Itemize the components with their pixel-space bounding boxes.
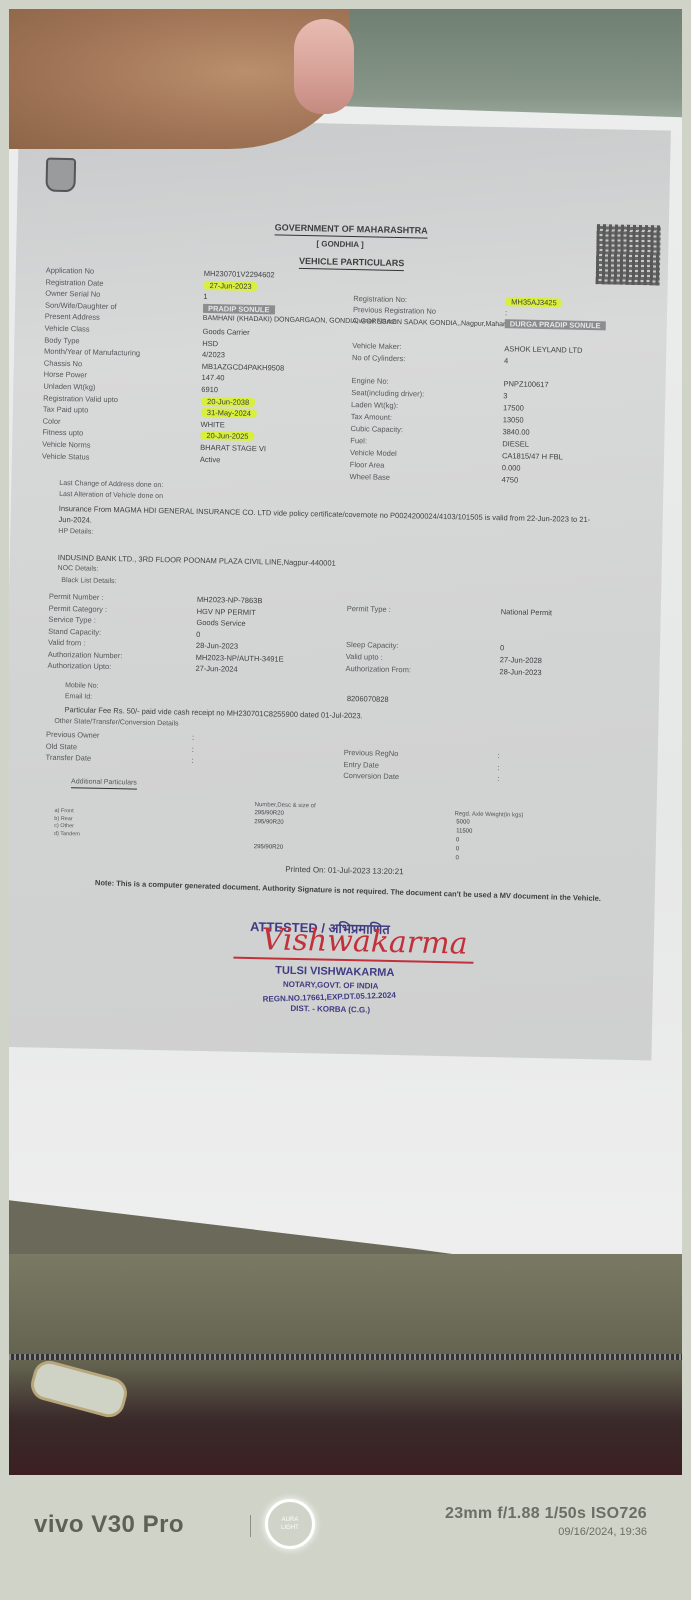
field-value: MB1AZGCD4PAKH9508 — [202, 362, 285, 373]
field-label: Horse Power — [44, 370, 88, 380]
field-value: MH35AJ3425 — [505, 297, 563, 307]
permit-label: Permit Type : — [347, 604, 391, 614]
field-label: Fuel: — [350, 436, 367, 445]
field-value: 0.000 — [502, 463, 521, 472]
notary-title: NOTARY,GOVT. OF INDIA — [283, 980, 379, 991]
field-value: : — [192, 733, 194, 742]
insurance-text: Insurance From MAGMA HDI GENERAL INSURAN… — [59, 504, 591, 524]
field-label: Floor Area — [350, 460, 385, 470]
field-label: Chassis No — [44, 358, 83, 368]
field-value: 13050 — [503, 415, 524, 424]
field-label: Laden Wt(kg): — [351, 400, 398, 410]
field-value: 6910 — [201, 385, 218, 394]
field-value: : — [191, 756, 193, 765]
hp-value: INDUSIND BANK LTD., 3RD FLOOR POONAM PLA… — [58, 553, 336, 568]
permit-label: Sleep Capacity: — [346, 640, 399, 650]
permit-value: 28-Jun-2023 — [499, 667, 541, 677]
field-value: 4750 — [501, 475, 518, 484]
notary-regn: REGN.NO.17661,EXP.DT.05.12.2024 — [263, 991, 396, 1004]
disclaimer-note: Note: This is a computer generated docum… — [95, 878, 601, 903]
permit-label: Valid upto : — [346, 652, 383, 662]
hp-label: HP Details: — [58, 528, 93, 536]
field-label: Previous Registration No — [353, 305, 436, 316]
mobile-value: 8206070828 — [347, 694, 389, 704]
permit-value: National Permit — [501, 607, 552, 617]
axle-label: c) Other — [54, 823, 74, 829]
camera-watermark: vivo V30 Pro AURA LIGHT 23mm f/1.88 1/50… — [0, 1475, 691, 1600]
printed-on: Printed On: 01-Jul-2023 13:20:21 — [285, 865, 403, 876]
field-value: ASHOK LEYLAND LTD — [504, 344, 582, 355]
field-value: : — [498, 751, 500, 760]
field-value: WHITE — [201, 420, 225, 430]
qr-code-icon — [596, 224, 661, 285]
aura-light-icon: AURA LIGHT — [265, 1499, 315, 1549]
field-value: : — [497, 774, 499, 783]
field-label: Previous RegNo — [344, 748, 399, 758]
axle-tyre: 295/90R20 — [254, 819, 283, 826]
field-label: Vehicle Status — [42, 451, 90, 461]
alteration-label: Last Alteration of Vehicle done on — [59, 491, 163, 500]
field-label: Fitness upto — [42, 428, 83, 438]
aura-label-2: LIGHT — [281, 1524, 299, 1532]
field-label: Owner Serial No — [45, 289, 100, 299]
field-value: DIESEL — [502, 439, 529, 449]
field-value: 28-Jun-2023 — [196, 641, 238, 651]
field-label: Vehicle Norms — [42, 440, 91, 450]
field-value: HSD — [202, 338, 218, 347]
field-value: 20-Jun-2025 — [200, 431, 254, 441]
axle-label: a) Front — [54, 808, 73, 814]
field-label: Color — [43, 416, 61, 425]
field-value: MH2023-NP-7863B — [197, 595, 263, 605]
permit-value: 0 — [500, 643, 504, 652]
field-label: Present Address — [45, 312, 100, 322]
axle-weight: 5000 — [456, 819, 469, 825]
field-label: Body Type — [44, 335, 79, 345]
field-value: CA1815/47 H FBL — [502, 451, 563, 461]
axle-label: d) Tandem — [54, 830, 80, 837]
separator — [250, 1515, 251, 1537]
field-label: Entry Date — [343, 759, 379, 769]
axle-label: b) Rear — [54, 815, 72, 821]
notary-signature: Vishwakarma — [261, 922, 467, 961]
field-value: 4 — [504, 356, 508, 365]
field-label: Unladen Wt(kg) — [43, 382, 95, 392]
field-value: 31-May-2024 — [201, 408, 257, 418]
field-value: 17500 — [503, 403, 524, 412]
district-heading: [ GONDHIA ] — [316, 239, 363, 249]
field-label: Transfer Date — [46, 753, 92, 763]
thumb — [9, 9, 349, 149]
permit-value: 27-Jun-2028 — [500, 655, 542, 665]
field-value: 0 — [196, 629, 200, 638]
mobile-label: Mobile No: — [65, 682, 99, 690]
field-value: MH230701V2294602 — [204, 269, 275, 279]
field-label: No of Cylinders: — [352, 353, 406, 363]
additional-heading: Additional Particulars — [71, 778, 137, 789]
field-label: Tax Amount: — [351, 412, 392, 422]
field-label: Previous Owner — [46, 730, 100, 740]
field-label: Registration No: — [353, 294, 407, 304]
axle-header: Regd. Axle Weight(in kgs) — [454, 811, 523, 818]
field-label: Owner Name: — [353, 316, 399, 326]
insurance-text-cont: Jun-2024. — [58, 515, 92, 525]
field-label: Tax Paid upto — [43, 405, 89, 415]
axle-weight: 0 — [456, 837, 459, 843]
field-label: Engine No: — [351, 376, 388, 386]
noc-label: NOC Details: — [57, 565, 98, 573]
field-label: Vehicle Model — [350, 448, 397, 458]
bag — [9, 1254, 682, 1475]
field-label: Registration Date — [45, 277, 103, 287]
field-label: Cubic Capacity: — [350, 424, 403, 434]
exif-datetime: 09/16/2024, 19:36 — [445, 1526, 647, 1538]
field-value: Goods Service — [196, 618, 245, 628]
field-label: Seat(including driver): — [351, 388, 424, 399]
field-value: HGV NP PERMIT — [197, 606, 256, 616]
field-value: 27-Jun-2023 — [203, 280, 257, 290]
field-label: Conversion Date — [343, 771, 399, 781]
exif-settings: 23mm f/1.88 1/50s ISO726 — [445, 1505, 647, 1523]
notary-district: DIST. - KORBA (C.G.) — [290, 1004, 370, 1015]
field-label: Application No — [46, 266, 95, 276]
field-value: 3840.00 — [502, 427, 529, 437]
field-value: MH2023-NP/AUTH-3491E — [196, 652, 284, 663]
transfer-heading: Other State/Transfer/Conversion Details — [54, 718, 178, 728]
field-value: : — [192, 744, 194, 753]
permit-label: Authorization From: — [345, 664, 411, 674]
field-value: : — [497, 763, 499, 772]
axle-weight: 0 — [456, 846, 459, 852]
government-emblem-icon — [45, 158, 76, 193]
field-value: Goods Carrier — [202, 327, 249, 337]
document-title: VEHICLE PARTICULARS — [299, 256, 405, 271]
field-label: Vehicle Maker: — [352, 341, 401, 351]
field-label: Authorization Number: — [48, 649, 123, 660]
field-value: 20-Jun-2038 — [201, 396, 255, 406]
field-label: Vehicle Class — [44, 324, 89, 334]
field-value: 1 — [203, 292, 207, 301]
field-value: 147.40 — [201, 373, 224, 382]
field-value: 3 — [503, 391, 507, 400]
field-label: Stand Capacity: — [48, 626, 101, 636]
field-label: Registration Valid upto — [43, 393, 118, 404]
tyre-header: Number,Desc & size of — [255, 802, 316, 809]
field-value: PNPZ100617 — [503, 379, 548, 389]
field-value: BHARAT STAGE VI — [200, 443, 266, 453]
notary-name: TULSI VISHWAKARMA — [275, 965, 394, 979]
aura-label-1: AURA — [282, 1516, 299, 1524]
field-label: Permit Category : — [49, 603, 108, 613]
photo: GOVERNMENT OF MAHARASHTRA [ GONDHIA ] VE… — [9, 9, 682, 1475]
field-label: Service Type : — [48, 615, 96, 625]
vehicle-particulars-document: GOVERNMENT OF MAHARASHTRA [ GONDHIA ] VE… — [9, 117, 671, 1060]
blacklist-label: Black List Details: — [61, 577, 116, 585]
axle-tyre: 295/90R20 — [254, 810, 283, 817]
axle-weight-extra: 0 — [456, 855, 459, 861]
field-label: Son/Wife/Daughter of — [45, 300, 117, 310]
field-label: Authorization Upto: — [47, 661, 111, 671]
field-label: Old State — [46, 741, 77, 751]
field-label: Permit Number : — [49, 592, 104, 602]
axle-weight: 11500 — [456, 828, 472, 834]
field-value: 4/2023 — [202, 350, 225, 359]
camera-brand: vivo V30 Pro — [34, 1511, 184, 1539]
field-label: Valid from : — [48, 638, 86, 648]
field-value: : — [505, 308, 507, 317]
field-label: Month/Year of Manufacturing — [44, 347, 140, 358]
email-label: Email Id: — [65, 693, 92, 701]
field-value: Active — [200, 454, 221, 463]
zipper — [9, 1354, 682, 1360]
address-change-label: Last Change of Address done on: — [59, 480, 163, 489]
government-heading: GOVERNMENT OF MAHARASHTRA — [275, 222, 428, 238]
exif-info: 23mm f/1.88 1/50s ISO726 09/16/2024, 19:… — [445, 1505, 647, 1538]
field-value: 27-Jun-2024 — [195, 664, 237, 674]
field-label: Wheel Base — [349, 472, 390, 482]
field-value: PRADIP SONULE — [203, 304, 275, 314]
axle-tyre: 295/90R20 — [254, 844, 283, 851]
